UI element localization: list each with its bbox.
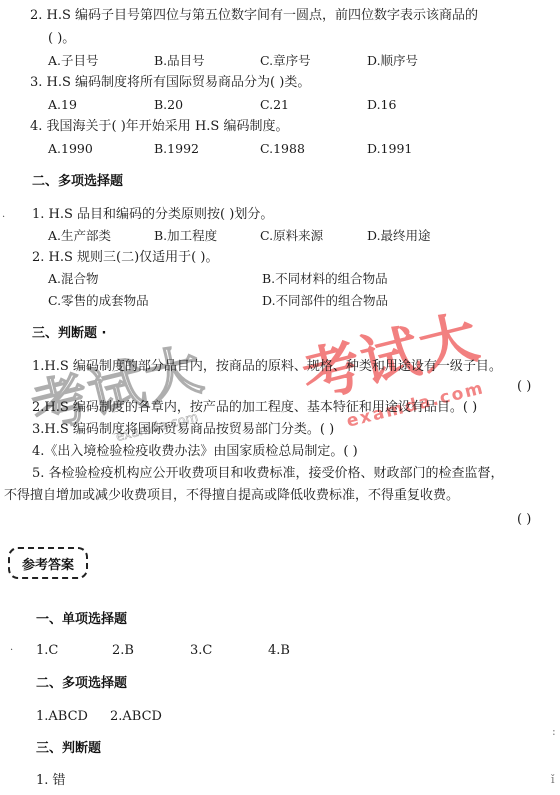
question-3-option-d: D.16 xyxy=(367,97,396,113)
question-4-option-a: A.1990 xyxy=(48,141,93,157)
multi-question-2-option-b: B.不同材料的组合物品 xyxy=(262,271,388,287)
stray-dot-2: · xyxy=(10,645,13,656)
question-4-stem: 4. 我国海关于( )年开始采用 H.S 编码制度。 xyxy=(30,119,288,135)
section-3-heading: 三、判断题 · xyxy=(32,326,106,342)
multi-question-2-option-c: C.零售的成套物品 xyxy=(48,293,149,309)
judge-item-1: 1.H.S 编码制度的部分品目内，按商品的原料、规格、种类和用途设有一级子目。 xyxy=(32,359,502,375)
answer-2-1: 1.ABCD xyxy=(36,709,88,725)
multi-question-2-option-d: D.不同部件的组合物品 xyxy=(262,293,388,309)
answer-2-2: 2.ABCD xyxy=(110,709,162,725)
question-2-option-c: C.章序号 xyxy=(260,53,311,69)
judge-item-5-line2: 不得擅自增加或减少收费项目，不得擅自提高或降低收费标准，不得重复收费。 xyxy=(4,488,459,504)
question-2-stem-line2: ( )。 xyxy=(48,31,75,47)
judge-item-3: 3.H.S 编码制度将国际贸易商品按贸易部门分类。( ) xyxy=(32,422,334,438)
answer-1-4: 4.B xyxy=(268,643,290,659)
answer-3-1: 1. 错 xyxy=(36,773,66,789)
question-3-option-b: B.20 xyxy=(154,97,183,113)
multi-question-1-option-c: C.原料来源 xyxy=(260,228,323,244)
judge-item-2: 2.H.S 编码制度的各章内，按产品的加工程度、基本特征和用途设有品目。( ) xyxy=(32,400,477,416)
section-2-heading: 二、多项选择题 xyxy=(32,174,123,190)
answers-section-3-heading: 三、判断题 xyxy=(36,741,101,757)
answer-key-label-text: 参考答案 xyxy=(22,554,74,573)
question-4-option-b: B.1992 xyxy=(154,141,199,157)
multi-question-1-option-d: D.最终用途 xyxy=(367,228,431,244)
question-2-option-a: A.子目号 xyxy=(48,53,99,69)
question-2-stem-line1: 2. H.S 编码子目号第四位与第五位数字间有一圆点，前四位数字表示该商品的 xyxy=(30,8,478,24)
answer-1-1: 1.C xyxy=(36,643,58,659)
multi-question-1-option-b: B.加工程度 xyxy=(154,228,217,244)
multi-question-2-option-a: A.混合物 xyxy=(48,271,99,287)
edge-mark-2: ǐ xyxy=(551,773,555,786)
stray-dot: · xyxy=(2,212,5,223)
multi-question-1-option-a: A.生产部类 xyxy=(48,228,111,244)
multi-question-2-stem: 2. H.S 规则三(二)仅适用于( )。 xyxy=(32,250,218,266)
question-4-option-c: C.1988 xyxy=(260,141,305,157)
judge-item-5-line1: 5. 各检验检疫机构应公开收费项目和收费标准，接受价格、财政部门的检查监督， xyxy=(32,466,504,482)
judge-item-1-paren: ( ) xyxy=(517,379,531,395)
question-2-option-b: B.品目号 xyxy=(154,53,205,69)
edge-mark-1: : xyxy=(552,725,556,738)
answers-section-2-heading: 二、多项选择题 xyxy=(36,676,127,692)
multi-question-1-stem: 1. H.S 品目和编码的分类原则按( )划分。 xyxy=(32,207,273,223)
question-3-option-c: C.21 xyxy=(260,97,289,113)
question-2-option-d: D.顺序号 xyxy=(367,53,418,69)
judge-item-5-paren: ( ) xyxy=(517,512,531,528)
question-3-stem: 3. H.S 编码制度将所有国际贸易商品分为( )类。 xyxy=(30,75,310,91)
answer-1-3: 3.C xyxy=(190,643,212,659)
answer-1-2: 2.B xyxy=(112,643,134,659)
answers-section-1-heading: 一、单项选择题 xyxy=(36,612,127,628)
answer-key-label: 参考答案 xyxy=(8,547,88,579)
question-3-option-a: A.19 xyxy=(48,97,77,113)
judge-item-4: 4.《出入境检验检疫收费办法》由国家质检总局制定。( ) xyxy=(32,444,358,460)
question-4-option-d: D.1991 xyxy=(367,141,412,157)
